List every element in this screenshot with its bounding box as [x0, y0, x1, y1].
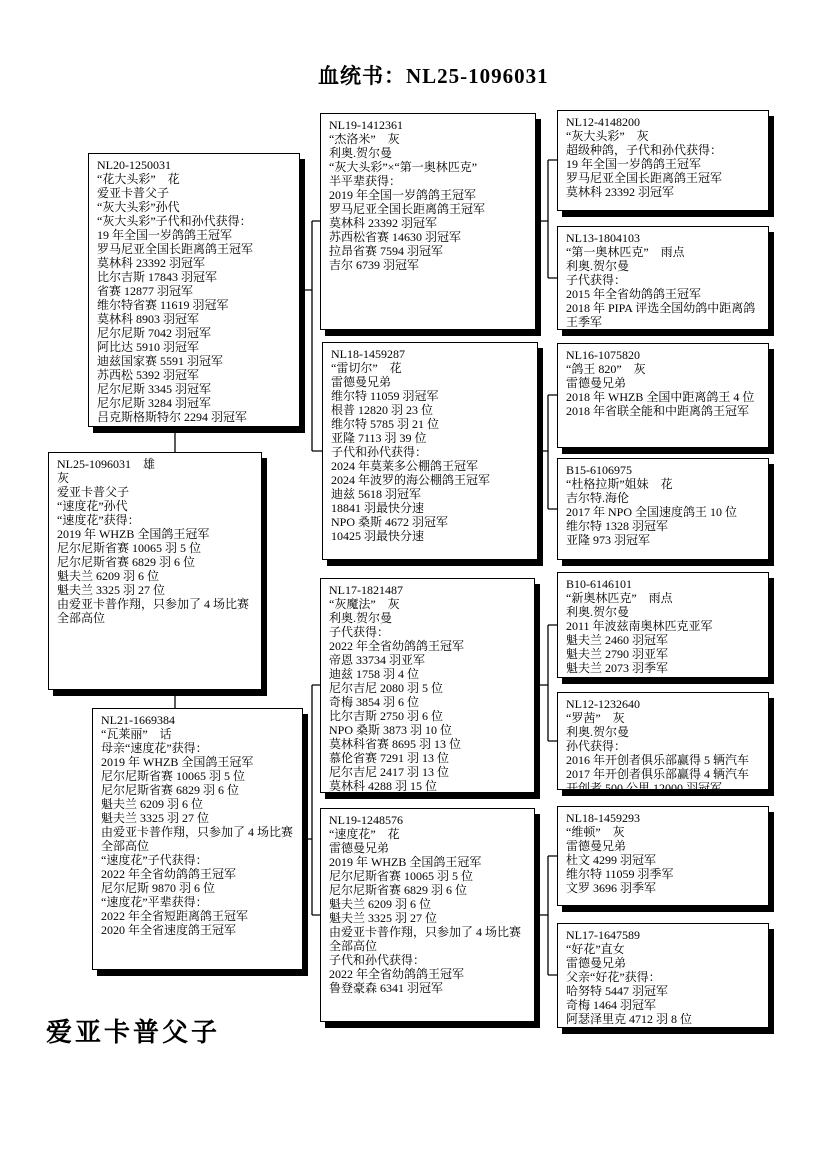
pedigree-text-line: “瓦莱丽” 话: [101, 727, 294, 741]
pedigree-text-line: 罗马尼亚全国长距离鸽王冠军: [97, 242, 291, 256]
pedigree-text-line: “好花”直女: [566, 942, 760, 956]
pedigree-text-line: 2018 年 PIPA 评选全国幼鸽中距离鸽: [566, 301, 760, 315]
pedigree-text-line: 子代获得：: [329, 625, 526, 639]
pedigree-text-line: 维尔特 11059 羽冠军: [331, 389, 529, 403]
pedigree-box-b10-6146101: B10-6146101“新奥林匹克” 雨点利奥.贺尔曼2011 年波兹南奥林匹克…: [557, 572, 769, 678]
pedigree-text-line: “灰大头彩”子代和孙代获得：: [97, 214, 291, 228]
pedigree-text-line: 魁夫兰 6209 羽 6 位: [101, 797, 294, 811]
pedigree-text-line: 杜文 4299 羽冠军: [566, 853, 760, 867]
pedigree-text-line: 维尔特 1328 羽冠军: [566, 519, 760, 533]
pedigree-text-line: 灰: [57, 471, 253, 485]
pedigree-text-line: 阿瑟泽里克 4712 羽 8 位: [566, 1012, 760, 1026]
pedigree-text-line: “灰大头彩”×“第一奥林匹克”: [329, 160, 527, 174]
pedigree-box-nl16-1075820: NL16-1075820“鸽王 820” 灰雷德曼兄弟2018 年 WHZB 全…: [557, 343, 769, 448]
pedigree-text-line: 尼尔吉尼 2080 羽 5 位: [329, 681, 526, 695]
pedigree-text-line: 半平辈获得：: [329, 174, 527, 188]
pedigree-box-nl13-1804103: NL13-1804103“第一奥林匹克” 雨点利奥.贺尔曼子代获得：2015 年…: [557, 226, 769, 330]
pedigree-text-line: “杰洛米” 灰: [329, 132, 527, 146]
pedigree-text-line: 罗马尼亚全国长距离鸽王冠军: [329, 202, 527, 216]
pedigree-text-line: 维尔特省赛 11619 羽冠军: [97, 298, 291, 312]
pedigree-text-line: 慕伦省赛 7291 羽 13 位: [329, 751, 526, 765]
pedigree-text-line: 全部高位: [329, 939, 526, 953]
pedigree-text-line: 10425 羽最快分速: [331, 529, 529, 543]
pedigree-text-line: “速度花”平辈获得：: [101, 895, 294, 909]
pedigree-text-line: 魁夫兰 2790 羽亚军: [566, 647, 760, 661]
pedigree-text-line: 魁夫兰 6209 羽 6 位: [329, 897, 526, 911]
pedigree-text-line: NL19-1248576: [329, 813, 526, 827]
pedigree-text-line: “速度花”子代获得：: [101, 853, 294, 867]
pedigree-text-line: 魁夫兰 3325 羽 27 位: [329, 911, 526, 925]
pedigree-text-line: 2024 年莫莱多公棚鸽王冠军: [331, 459, 529, 473]
pedigree-text-line: 尼尔尼斯 3345 羽冠军: [97, 382, 291, 396]
pedigree-text-line: 全部高位: [101, 839, 294, 853]
pedigree-text-line: 子代和孙代获得：: [331, 445, 529, 459]
pedigree-text-line: 子代获得：: [566, 273, 760, 287]
pedigree-text-line: 2022 年全省幼鸽鸽王冠军: [101, 867, 294, 881]
pedigree-text-line: 魁夫兰 3325 羽 27 位: [57, 583, 253, 597]
pedigree-text-line: 比尔吉斯 2750 羽 6 位: [329, 709, 526, 723]
pedigree-text-line: NL17-1821487: [329, 583, 526, 597]
pedigree-text-line: 省赛 12877 羽冠军: [97, 284, 291, 298]
pedigree-text-line: “速度花”孙代: [57, 499, 253, 513]
pedigree-text-line: 由爱亚卡普作翔，只参加了 4 场比赛: [101, 825, 294, 839]
pedigree-text-line: NL19-1412361: [329, 118, 527, 132]
pedigree-text-line: 哈努特 5447 羽冠军: [566, 984, 760, 998]
pedigree-text-line: 莫林科 23392 羽冠军: [97, 256, 291, 270]
pedigree-text-line: 阿比达 5910 羽冠军: [97, 340, 291, 354]
pedigree-text-line: 利奥.贺尔曼: [329, 611, 526, 625]
pedigree-text-line: 19 年全国一岁鸽鸽王冠军: [97, 228, 291, 242]
pedigree-text-line: “灰大头彩”孙代: [97, 200, 291, 214]
pedigree-text-line: 雷德曼兄弟: [329, 841, 526, 855]
pedigree-text-line: 父亲“好花”获得：: [566, 970, 760, 984]
pedigree-text-line: 2019 年 WHZB 全国鸽王冠军: [101, 755, 294, 769]
pedigree-text-line: 迪兹 5618 羽冠军: [331, 487, 529, 501]
pedigree-box-nl17-1647589: NL17-1647589“好花”直女雷德曼兄弟父亲“好花”获得：哈努特 5447…: [557, 923, 769, 1028]
pedigree-box-nl18-1459293: NL18-1459293“维顿” 灰雷德曼兄弟杜文 4299 羽冠军维尔特 11…: [557, 806, 769, 906]
pedigree-box-b15-6106975: B15-6106975“杜格拉斯”姐妹 花吉尔特.海伦2017 年 NPO 全国…: [557, 458, 769, 560]
page-title: 血统书：NL25-1096031: [318, 60, 549, 90]
pedigree-text-line: NL18-1459293: [566, 811, 760, 825]
pedigree-box-nl12-1232640: NL12-1232640“罗茜” 灰利奥.贺尔曼孙代获得：2016 年开创者俱乐…: [557, 692, 769, 790]
pedigree-box-nl17-1821487: NL17-1821487“灰魔法” 灰利奥.贺尔曼子代获得：2022 年全省幼鸽…: [320, 578, 535, 793]
pedigree-text-line: “新奥林匹克” 雨点: [566, 591, 760, 605]
pedigree-text-line: NPO 桑斯 3873 羽 10 位: [329, 723, 526, 737]
pedigree-text-line: 莫林科 23392 羽冠军: [329, 216, 527, 230]
pedigree-text-line: 由爱亚卡普作翔，只参加了 4 场比赛: [57, 597, 253, 611]
pedigree-box-subject-nl25-1096031: NL25-1096031 雄灰爱亚卡普父子“速度花”孙代“速度花”获得：2019…: [48, 452, 262, 690]
pedigree-text-line: “鸽王 820” 灰: [566, 362, 760, 376]
pedigree-text-line: 孙代获得：: [566, 739, 760, 753]
pedigree-text-line: 王季军: [566, 315, 760, 329]
pedigree-text-line: 迪兹国家赛 5591 羽冠军: [97, 354, 291, 368]
pedigree-text-line: 苏西松 5392 羽冠军: [97, 368, 291, 382]
pedigree-text-line: 魁夫兰 2460 羽冠军: [566, 633, 760, 647]
pedigree-text-line: 雷德曼兄弟: [566, 839, 760, 853]
pedigree-text-line: NL18-1459287: [331, 347, 529, 361]
pedigree-text-line: NL12-4148200: [566, 115, 760, 129]
pedigree-text-line: 尼尔尼斯省赛 10065 羽 5 位: [329, 869, 526, 883]
pedigree-text-line: NL20-1250031: [97, 158, 291, 172]
pedigree-text-line: 雷德曼兄弟: [566, 376, 760, 390]
pedigree-text-line: 魁夫兰 6209 羽 6 位: [57, 569, 253, 583]
pedigree-text-line: 2022 年全省短距离鸽王冠军: [101, 909, 294, 923]
pedigree-box-nl20-1250031: NL20-1250031“花大头彩” 花爱亚卡普父子“灰大头彩”孙代“灰大头彩”…: [88, 153, 300, 427]
pedigree-text-line: 魁夫兰 3325 羽 27 位: [101, 811, 294, 825]
pedigree-text-line: 利奥.贺尔曼: [566, 725, 760, 739]
pedigree-text-line: NL12-1232640: [566, 697, 760, 711]
pedigree-text-line: 开创者 500 公里 12000 羽冠军: [566, 781, 760, 795]
pedigree-text-line: 雷德曼兄弟: [331, 375, 529, 389]
pedigree-text-line: 维尔特 11059 羽季军: [566, 867, 760, 881]
footer-loft-name: 爱亚卡普父子: [46, 1012, 220, 1049]
pedigree-text-line: 2018 年 WHZB 全国中距离鸽王 4 位: [566, 390, 760, 404]
pedigree-text-line: 魁夫兰 2073 羽季军: [566, 661, 760, 675]
pedigree-text-line: 吉尔 6739 羽冠军: [329, 258, 527, 272]
pedigree-text-line: 由爱亚卡普作翔，只参加了 4 场比赛: [329, 925, 526, 939]
pedigree-text-line: “第一奥林匹克” 雨点: [566, 245, 760, 259]
pedigree-text-line: 利奥.贺尔曼: [566, 605, 760, 619]
pedigree-text-line: 鲁登豪森 6341 羽冠军: [329, 981, 526, 995]
pedigree-certificate-page: 血统书：NL25-1096031 NL20-1250031“花大头彩” 花爱亚卡…: [0, 0, 820, 1159]
pedigree-text-line: NL17-1647589: [566, 928, 760, 942]
pedigree-text-line: 吉尔特.海伦: [566, 491, 760, 505]
pedigree-text-line: 雷德曼兄弟: [566, 956, 760, 970]
pedigree-text-line: 尼尔尼斯 3284 羽冠军: [97, 396, 291, 410]
pedigree-text-line: 2019 年全国一岁鸽鸽王冠军: [329, 188, 527, 202]
pedigree-text-line: “杜格拉斯”姐妹 花: [566, 477, 760, 491]
pedigree-text-line: 莫林科 23392 羽冠军: [566, 185, 760, 199]
pedigree-text-line: 2016 年开创者俱乐部赢得 5 辆汽车: [566, 753, 760, 767]
pedigree-text-line: 19 年全国一岁鸽鸽王冠军: [566, 157, 760, 171]
pedigree-text-line: 子代和孙代获得：: [329, 953, 526, 967]
pedigree-text-line: “速度花” 花: [329, 827, 526, 841]
pedigree-text-line: 莫林科 8903 羽冠军: [97, 312, 291, 326]
pedigree-box-nl21-1669384: NL21-1669384“瓦莱丽” 话母亲“速度花”获得：2019 年 WHZB…: [92, 708, 303, 970]
pedigree-text-line: 尼尔尼斯省赛 6829 羽 6 位: [101, 783, 294, 797]
pedigree-box-nl12-4148200: NL12-4148200“灰大头彩” 灰超级种鸽，子代和孙代获得：19 年全国一…: [557, 110, 769, 211]
pedigree-text-line: 母亲“速度花”获得：: [101, 741, 294, 755]
pedigree-text-line: NPO 桑斯 4672 羽冠军: [331, 515, 529, 529]
pedigree-text-line: NL16-1075820: [566, 348, 760, 362]
pedigree-text-line: 帝恩 33734 羽亚军: [329, 653, 526, 667]
pedigree-text-line: 尼尔尼斯省赛 10065 羽 5 位: [101, 769, 294, 783]
pedigree-text-line: B15-6106975: [566, 463, 760, 477]
pedigree-text-line: “花大头彩” 花: [97, 172, 291, 186]
pedigree-text-line: 莫林科 4288 羽 15 位: [329, 779, 526, 793]
pedigree-text-line: NL21-1669384: [101, 713, 294, 727]
pedigree-box-nl18-1459287: NL18-1459287“雷切尔” 花雷德曼兄弟维尔特 11059 羽冠军根普 …: [322, 342, 538, 560]
pedigree-text-line: 根普 12820 羽 23 位: [331, 403, 529, 417]
pedigree-text-line: 文罗 3696 羽季军: [566, 881, 760, 895]
pedigree-text-line: 苏西松省赛 14630 羽冠军: [329, 230, 527, 244]
pedigree-text-line: 2011 年波兹南奥林匹克亚军: [566, 619, 760, 633]
pedigree-text-line: 尼尔尼斯 7042 羽冠军: [97, 326, 291, 340]
pedigree-text-line: “维顿” 灰: [566, 825, 760, 839]
pedigree-text-line: “灰大头彩” 灰: [566, 129, 760, 143]
pedigree-text-line: 莫林科省赛 8695 羽 13 位: [329, 737, 526, 751]
pedigree-text-line: “灰魔法” 灰: [329, 597, 526, 611]
pedigree-text-line: 爱亚卡普父子: [57, 485, 253, 499]
pedigree-text-line: 2019 年 WHZB 全国鸽王冠军: [329, 855, 526, 869]
pedigree-text-line: 尼尔尼斯 9870 羽 6 位: [101, 881, 294, 895]
pedigree-text-line: 2015 年全省幼鸽鸽王冠军: [566, 287, 760, 301]
pedigree-text-line: 2022 年全省幼鸽鸽王冠军: [329, 967, 526, 981]
pedigree-box-nl19-1412361: NL19-1412361“杰洛米” 灰利奥.贺尔曼“灰大头彩”×“第一奥林匹克”…: [320, 113, 536, 330]
pedigree-box-nl19-1248576: NL19-1248576“速度花” 花雷德曼兄弟2019 年 WHZB 全国鸽王…: [320, 808, 535, 1022]
pedigree-text-line: NL13-1804103: [566, 231, 760, 245]
pedigree-text-line: “速度花”获得：: [57, 513, 253, 527]
pedigree-text-line: 罗马尼亚全国长距离鸽王冠军: [566, 171, 760, 185]
pedigree-text-line: 2024 年波罗的海公棚鸽王冠军: [331, 473, 529, 487]
pedigree-text-line: B10-6146101: [566, 577, 760, 591]
pedigree-text-line: 利奥.贺尔曼: [566, 259, 760, 273]
pedigree-text-line: 2020 年全省速度鸽王冠军: [101, 923, 294, 937]
pedigree-text-line: 2017 年开创者俱乐部赢得 4 辆汽车: [566, 767, 760, 781]
pedigree-text-line: 2019 年 WHZB 全国鸽王冠军: [57, 527, 253, 541]
pedigree-text-line: 爱亚卡普父子: [97, 186, 291, 200]
pedigree-text-line: “雷切尔” 花: [331, 361, 529, 375]
pedigree-text-line: 迪兹 1758 羽 4 位: [329, 667, 526, 681]
pedigree-text-line: 尼尔吉尼 2417 羽 13 位: [329, 765, 526, 779]
pedigree-text-line: 尼尔尼斯省赛 10065 羽 5 位: [57, 541, 253, 555]
pedigree-text-line: NL25-1096031 雄: [57, 457, 253, 471]
pedigree-text-line: 尼尔尼斯省赛 6829 羽 6 位: [329, 883, 526, 897]
pedigree-text-line: 18841 羽最快分速: [331, 501, 529, 515]
pedigree-text-line: 全部高位: [57, 611, 253, 625]
pedigree-text-line: 吕克斯格斯特尔 2294 羽冠军: [97, 410, 291, 424]
pedigree-text-line: 奇梅 3854 羽 6 位: [329, 695, 526, 709]
pedigree-text-line: 拉昂省赛 7594 羽冠军: [329, 244, 527, 258]
pedigree-text-line: 维尔特 5785 羽 21 位: [331, 417, 529, 431]
pedigree-text-line: 奇梅 1464 羽冠军: [566, 998, 760, 1012]
pedigree-text-line: 尼尔尼斯省赛 6829 羽 6 位: [57, 555, 253, 569]
pedigree-text-line: 2018 年省联全能和中距离鸽王冠军: [566, 404, 760, 418]
pedigree-text-line: 利奥.贺尔曼: [329, 146, 527, 160]
pedigree-text-line: “罗茜” 灰: [566, 711, 760, 725]
pedigree-text-line: 比尔吉斯 17843 羽冠军: [97, 270, 291, 284]
pedigree-text-line: 亚隆 973 羽冠军: [566, 533, 760, 547]
pedigree-text-line: 2017 年 NPO 全国速度鸽王 10 位: [566, 505, 760, 519]
pedigree-text-line: 亚隆 7113 羽 39 位: [331, 431, 529, 445]
pedigree-text-line: 超级种鸽，子代和孙代获得：: [566, 143, 760, 157]
pedigree-text-line: 2022 年全省幼鸽鸽王冠军: [329, 639, 526, 653]
